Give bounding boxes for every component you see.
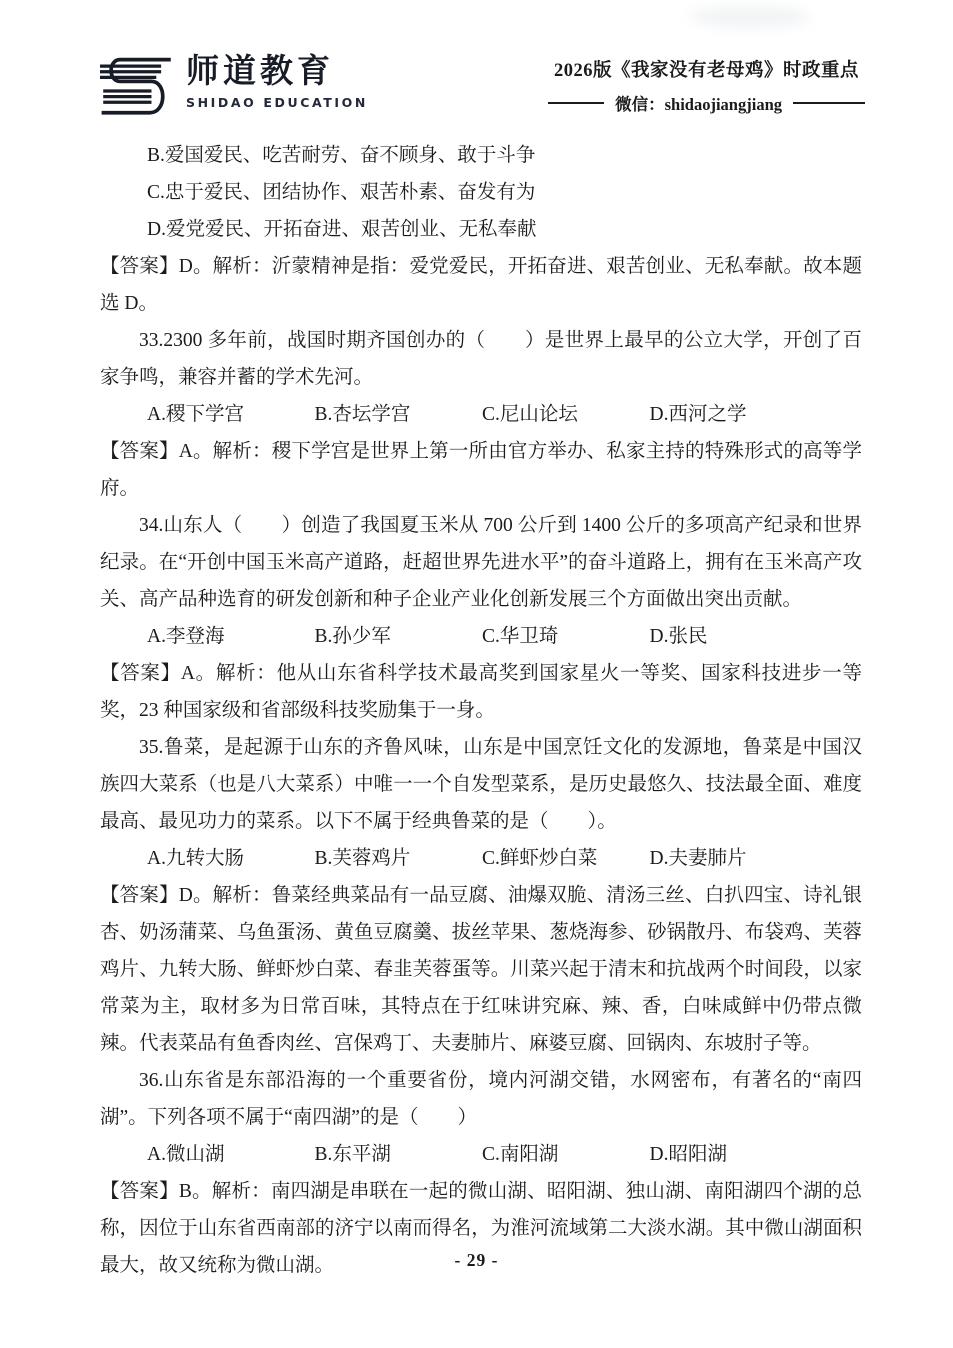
dash-line xyxy=(548,102,604,104)
q32-option-b: B.爱国爱民、吃苦耐劳、奋不顾身、敢于斗争 xyxy=(100,137,862,174)
header-right: 2026版《我家没有老母鸡》时政重点 微信：shidaojiangjiang xyxy=(548,50,865,115)
dash-line xyxy=(793,102,865,104)
q36-option-d: D.昭阳湖 xyxy=(650,1136,727,1173)
q35-option-c: C.鲜虾炒白菜 xyxy=(482,840,650,877)
q32-answer: 【答案】D。解析：沂蒙精神是指：爱党爱民，开拓奋进、艰苦创业、无私奉献。故本题选… xyxy=(100,248,862,322)
q35-answer: 【答案】D。解析：鲁菜经典菜品有一品豆腐、油爆双脆、清汤三丝、白扒四宝、诗礼银杏… xyxy=(100,877,862,1062)
brand-name-en: SHIDAO EDUCATION xyxy=(186,95,368,110)
q34-option-a: A.李登海 xyxy=(147,618,315,655)
q34-question: 34.山东人（ ）创造了我国夏玉米从 700 公斤到 1400 公斤的多项高产纪… xyxy=(100,507,862,618)
q33-option-d: D.西河之学 xyxy=(650,396,747,433)
wechat-handle: 微信：shidaojiangjiang xyxy=(615,91,782,115)
q35-options-row: A.九转大肠 B.芙蓉鸡片 C.鲜虾炒白菜 D.夫妻肺片 xyxy=(100,840,862,877)
q35-option-b: B.芙蓉鸡片 xyxy=(315,840,483,877)
q36-option-b: B.东平湖 xyxy=(315,1136,483,1173)
q33-answer: 【答案】A。解析：稷下学宫是世界上第一所由官方举办、私家主持的特殊形式的高等学府… xyxy=(100,433,862,507)
q33-question: 33.2300 多年前，战国时期齐国创办的（ ）是世界上最早的公立大学，开创了百… xyxy=(100,322,862,396)
q36-question: 36.山东省是东部沿海的一个重要省份，境内河湖交错，水网密布，有著名的“南四湖”… xyxy=(100,1062,862,1136)
q34-answer: 【答案】A。解析：他从山东省科学技术最高奖到国家星火一等奖、国家科技进步一等奖，… xyxy=(100,655,862,729)
page-content: B.爱国爱民、吃苦耐劳、奋不顾身、敢于斗争 C.忠于爱民、团结协作、艰苦朴素、奋… xyxy=(100,137,862,1284)
shidao-logo-icon xyxy=(100,54,174,125)
document-title: 2026版《我家没有老母鸡》时政重点 xyxy=(548,56,865,82)
brand: 师道教育 SHIDAO EDUCATION xyxy=(100,50,368,125)
q36-options-row: A.微山湖 B.东平湖 C.南阳湖 D.昭阳湖 xyxy=(100,1136,862,1173)
q35-option-d: D.夫妻肺片 xyxy=(650,840,747,877)
scan-artifact xyxy=(690,6,810,28)
q33-option-b: B.杏坛学宫 xyxy=(315,396,483,433)
q35-question: 35.鲁菜，是起源于山东的齐鲁风味，山东是中国烹饪文化的发源地，鲁菜是中国汉族四… xyxy=(100,729,862,840)
q33-option-c: C.尼山论坛 xyxy=(482,396,650,433)
q34-option-d: D.张民 xyxy=(650,618,708,655)
q33-option-a: A.稷下学宫 xyxy=(147,396,315,433)
q35-option-a: A.九转大肠 xyxy=(147,840,315,877)
q34-option-c: C.华卫琦 xyxy=(482,618,650,655)
page-header: 师道教育 SHIDAO EDUCATION 2026版《我家没有老母鸡》时政重点… xyxy=(100,50,865,125)
page-footer: - 29 - xyxy=(0,1250,953,1271)
q36-option-a: A.微山湖 xyxy=(147,1136,315,1173)
q34-option-b: B.孙少军 xyxy=(315,618,483,655)
q32-option-c: C.忠于爱民、团结协作、艰苦朴素、奋发有为 xyxy=(100,174,862,211)
brand-name-cn: 师道教育 xyxy=(186,50,368,95)
page-number: - 29 - xyxy=(455,1250,499,1270)
document-page: 师道教育 SHIDAO EDUCATION 2026版《我家没有老母鸡》时政重点… xyxy=(0,0,953,1348)
q32-option-d: D.爱党爱民、开拓奋进、艰苦创业、无私奉献 xyxy=(100,211,862,248)
wechat-row: 微信：shidaojiangjiang xyxy=(548,91,865,115)
q33-options-row: A.稷下学宫 B.杏坛学宫 C.尼山论坛 D.西河之学 xyxy=(100,396,862,433)
q34-options-row: A.李登海 B.孙少军 C.华卫琦 D.张民 xyxy=(100,618,862,655)
q36-option-c: C.南阳湖 xyxy=(482,1136,650,1173)
brand-text: 师道教育 SHIDAO EDUCATION xyxy=(186,50,368,110)
